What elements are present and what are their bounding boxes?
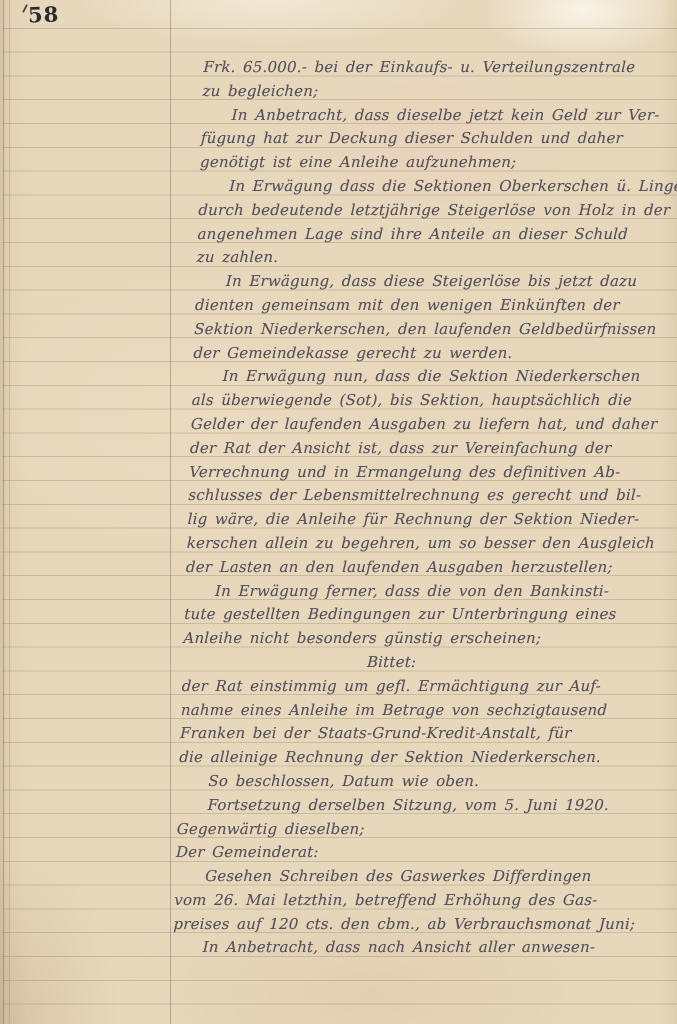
- manuscript-line: der Gemeindekasse gerecht zu werden.: [193, 342, 672, 366]
- manuscript-line: Der Gemeinderat:: [176, 841, 655, 865]
- manuscript-line: zu zahlen.: [196, 246, 675, 270]
- left-edge-line-inner: [9, 0, 10, 1024]
- manuscript-line: Frk. 65.000.- bei der Einkaufs- u. Verte…: [203, 56, 677, 80]
- manuscript-line: der Rat der Ansicht ist, dass zur Verein…: [190, 437, 669, 461]
- manuscript-line: schlusses der Lebensmittelrechnung es ge…: [188, 484, 667, 508]
- manuscript-text: Frk. 65.000.- bei der Einkaufs- u. Verte…: [172, 56, 677, 960]
- manuscript-line: die alleinige Rechnung der Sektion Niede…: [179, 746, 658, 770]
- left-edge-line: [3, 0, 4, 1024]
- manuscript-line: In Erwägung, dass diese Steigerlöse bis …: [195, 270, 674, 294]
- page-number: 58: [28, 1, 60, 27]
- manuscript-line: In Erwägung dass die Sektionen Oberkersc…: [199, 175, 677, 199]
- manuscript-line: zu begleichen;: [202, 80, 677, 104]
- manuscript-line: Franken bei der Staats-Grund-Kredit-Anst…: [180, 722, 659, 746]
- manuscript-line: nahme eines Anleihe im Betrage von sechz…: [181, 699, 660, 723]
- manuscript-line: kerschen allein zu begehren, um so besse…: [186, 532, 665, 556]
- manuscript-line: In Erwägung nun, dass die Sektion Nieder…: [192, 365, 671, 389]
- manuscript-line: der Lasten an den laufenden Ausgaben her…: [186, 556, 665, 580]
- manuscript-line: So beschlossen, Datum wie oben.: [178, 770, 657, 794]
- manuscript-line: Gegenwärtig dieselben;: [176, 818, 655, 842]
- manuscript-line: Sektion Niederkerschen, den laufenden Ge…: [194, 318, 673, 342]
- manuscript-line: Gelder der laufenden Ausgaben zu liefern…: [190, 413, 669, 437]
- margin-rule: [170, 0, 171, 1024]
- manuscript-line: genötigt ist eine Anleihe aufzunehmen;: [200, 151, 677, 175]
- ledger-page: 58 Frk. 65.000.- bei der Einkaufs- u. Ve…: [0, 0, 677, 1024]
- manuscript-line: vom 26. Mai letzthin, betreffend Erhöhun…: [174, 889, 653, 913]
- manuscript-line: als überwiegende (Sot), bis Sektion, hau…: [191, 389, 670, 413]
- manuscript-line: preises auf 120 cts. den cbm., ab Verbra…: [173, 913, 652, 937]
- manuscript-line: In Erwägung ferner, dass die von den Ban…: [185, 580, 664, 604]
- manuscript-line: Bittet:: [182, 651, 661, 675]
- manuscript-line: In Anbetracht, dass dieselbe jetzt kein …: [201, 104, 677, 128]
- manuscript-line: Fortsetzung derselben Sitzung, vom 5. Ju…: [177, 794, 656, 818]
- manuscript-line: fügung hat zur Deckung dieser Schulden u…: [200, 127, 677, 151]
- manuscript-line: dienten gemeinsam mit den wenigen Einkün…: [195, 294, 674, 318]
- manuscript-line: lig wäre, die Anleihe für Rechnung der S…: [187, 508, 666, 532]
- manuscript-line: durch bedeutende letztjährige Steigerlös…: [198, 199, 677, 223]
- manuscript-line: Verrechnung und in Ermangelung des defin…: [189, 461, 668, 485]
- manuscript-line: Anleihe nicht besonders günstig erschein…: [183, 627, 662, 651]
- manuscript-line: der Rat einstimmig um gefl. Ermächtigung…: [181, 675, 660, 699]
- manuscript-line: angenehmen Lage sind ihre Anteile an die…: [197, 223, 676, 247]
- manuscript-line: tute gestellten Bedingungen zur Unterbri…: [184, 603, 663, 627]
- manuscript-line: In Anbetracht, dass nach Ansicht aller a…: [172, 936, 651, 960]
- manuscript-line: Gesehen Schreiben des Gaswerkes Differdi…: [175, 865, 654, 889]
